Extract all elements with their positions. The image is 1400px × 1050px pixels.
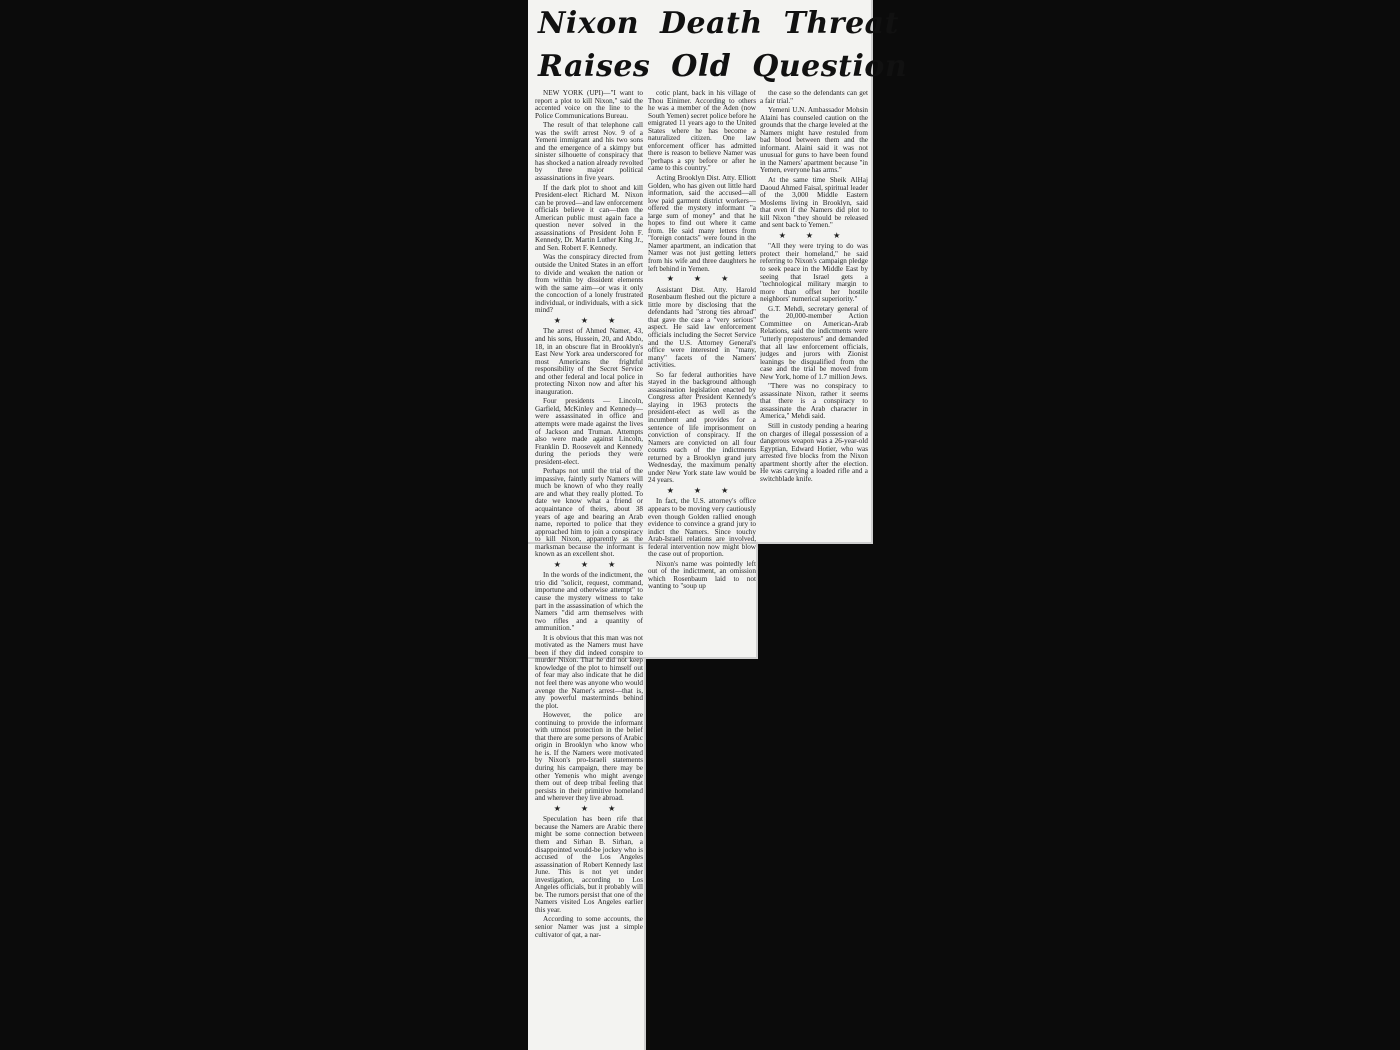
section-separator: ★ ★ ★: [535, 805, 643, 813]
article-paragraph: Nixon's name was pointedly left out of t…: [648, 561, 756, 591]
article-column-1: NEW YORK (UPI)—"I want to report a plot …: [535, 90, 643, 1048]
article-column-2: cotic plant, back in his village of Thou…: [648, 90, 756, 655]
article-paragraph: Acting Brooklyn Dist. Atty. Elliott Gold…: [648, 175, 756, 273]
section-separator: ★ ★ ★: [760, 232, 868, 240]
section-separator: ★ ★ ★: [648, 275, 756, 283]
article-paragraph: "There was no conspiracy to assassinate …: [760, 383, 868, 421]
article-paragraph: the case so the defendants can get a fai…: [760, 90, 868, 105]
article-paragraph: So far federal authorities have stayed i…: [648, 372, 756, 485]
article-paragraph: Yemeni U.N. Ambassador Mohsin Alaini has…: [760, 107, 868, 175]
article-paragraph: However, the police are continuing to pr…: [535, 712, 643, 803]
article-paragraph: Four presidents — Lincoln, Garfield, McK…: [535, 398, 643, 466]
article-paragraph: In the words of the indictment, the trio…: [535, 572, 643, 632]
article-paragraph: In fact, the U.S. attorney's office appe…: [648, 498, 756, 558]
headline-line-2: Raises Old Question: [538, 45, 868, 88]
headline-line-1: Nixon Death Threat: [538, 2, 868, 45]
article-paragraph: cotic plant, back in his village of Thou…: [648, 90, 756, 173]
article-paragraph: If the dark plot to shoot and kill Presi…: [535, 185, 643, 253]
article-paragraph: Speculation has been rife that because t…: [535, 816, 643, 914]
article-paragraph: "All they were trying to do was protect …: [760, 243, 868, 303]
article-paragraph: The result of that telephone call was th…: [535, 122, 643, 182]
article-paragraph: The arrest of Ahmed Namer, 43, and his s…: [535, 328, 643, 396]
article-paragraph: It is obvious that this man was not moti…: [535, 635, 643, 710]
article-paragraph: Still in custody pending a hearing on ch…: [760, 423, 868, 483]
article-paragraph: Perhaps not until the trial of the impas…: [535, 468, 643, 559]
article-column-3: the case so the defendants can get a fai…: [760, 90, 868, 540]
article-paragraph: Was the conspiracy directed from outside…: [535, 254, 643, 314]
article-headline: Nixon Death Threat Raises Old Question: [538, 2, 868, 88]
article-paragraph: NEW YORK (UPI)—"I want to report a plot …: [535, 90, 643, 120]
section-separator: ★ ★ ★: [535, 317, 643, 325]
article-paragraph: At the same time Sheik AlHaj Daoud Ahmed…: [760, 177, 868, 230]
article-paragraph: G.T. Mehdi, secretary general of the 20,…: [760, 306, 868, 381]
article-paragraph: According to some accounts, the senior N…: [535, 916, 643, 939]
section-separator: ★ ★ ★: [535, 561, 643, 569]
section-separator: ★ ★ ★: [648, 487, 756, 495]
article-paragraph: Assistant Dist. Atty. Harold Rosenbaum f…: [648, 287, 756, 370]
